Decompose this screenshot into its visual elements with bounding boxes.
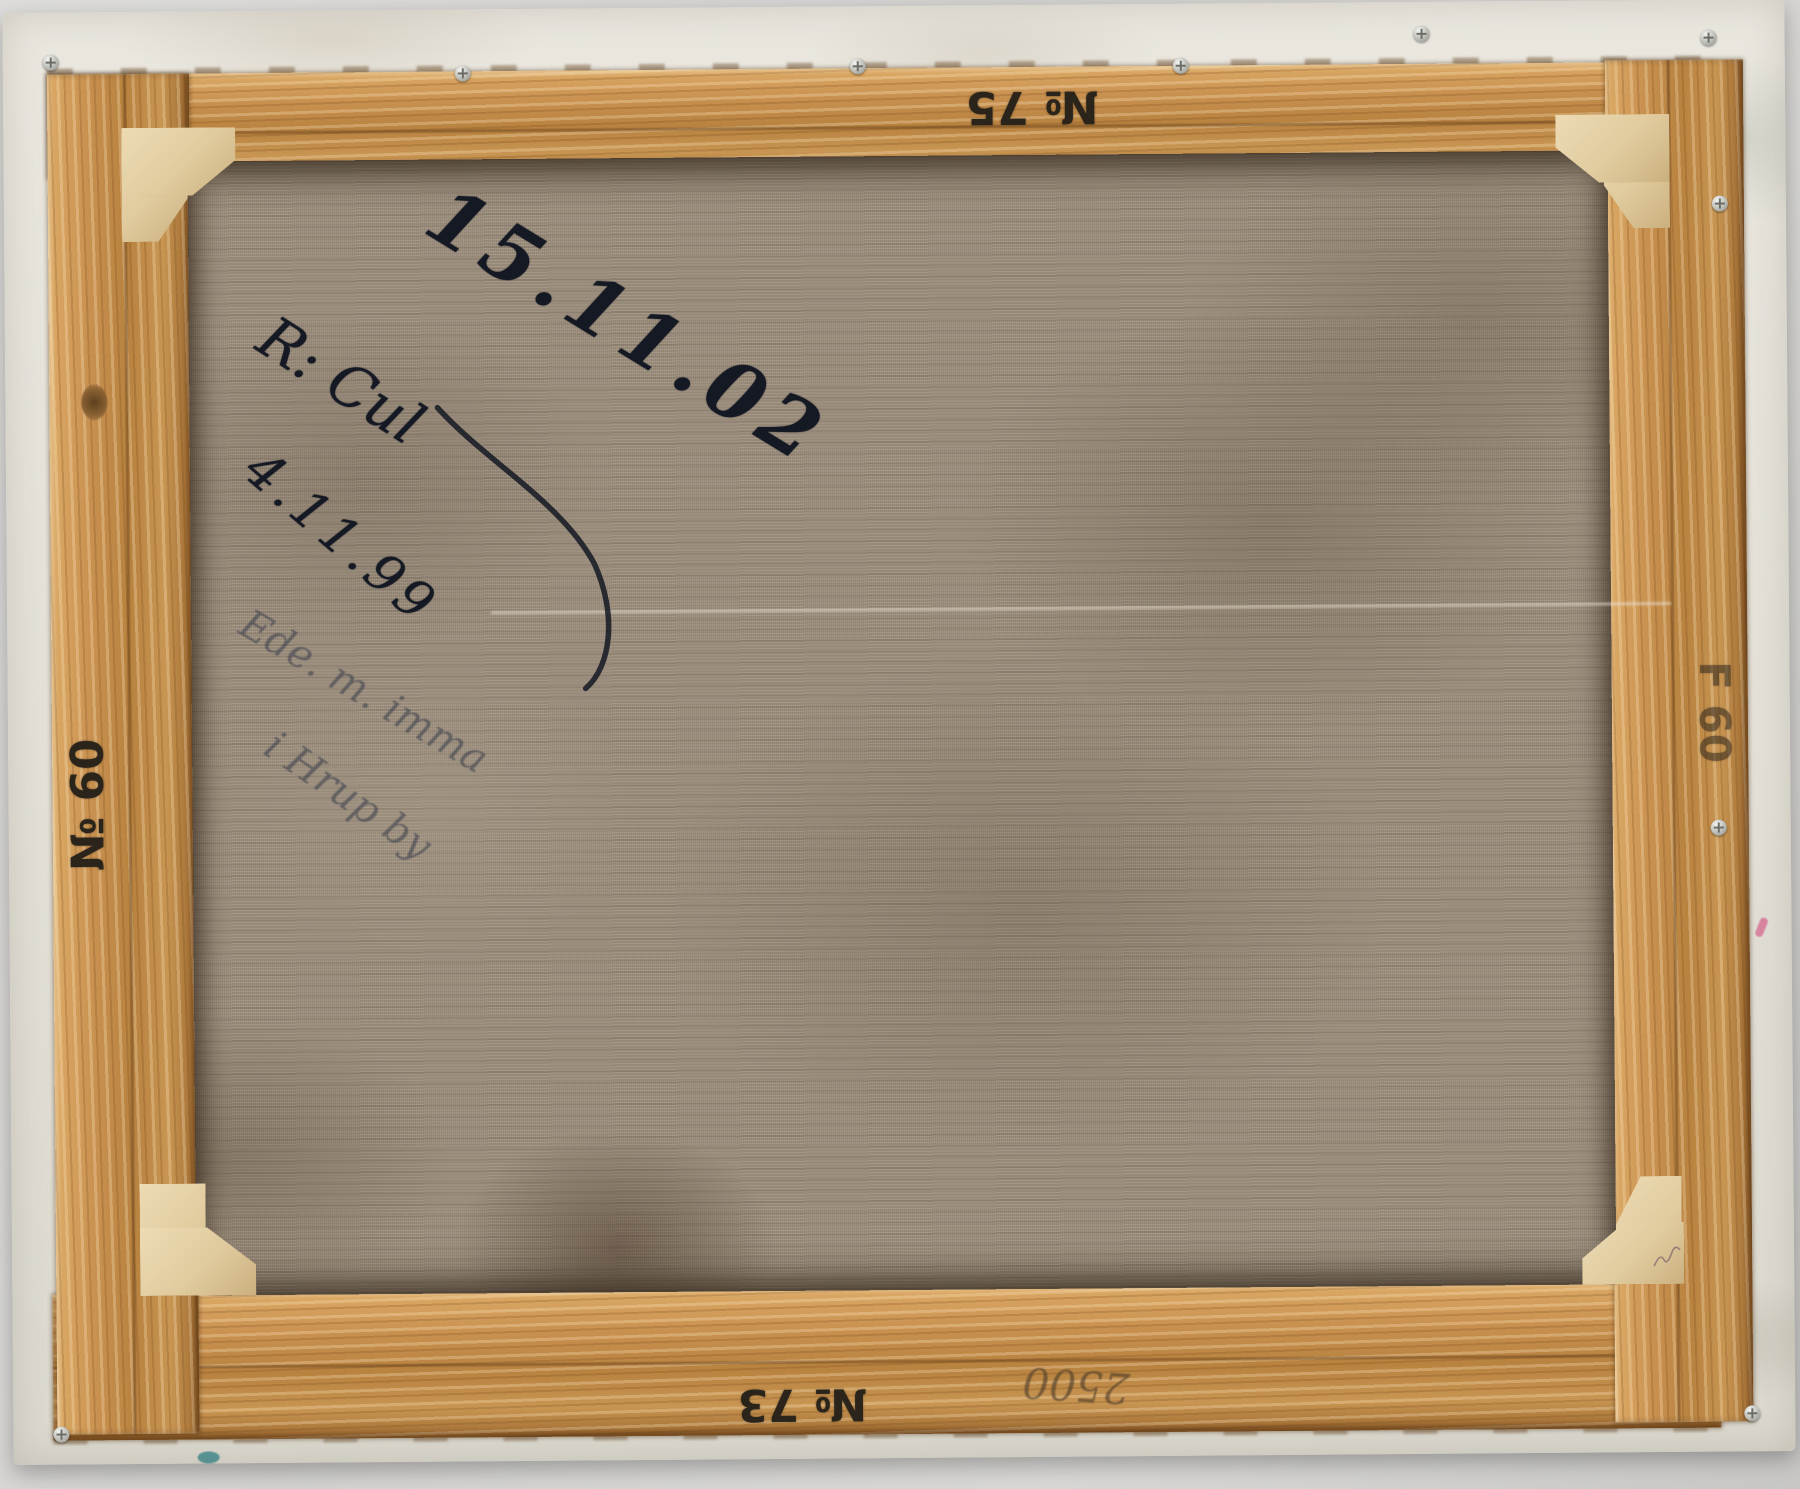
wood-knot [81, 384, 107, 420]
pink-mark [1754, 916, 1769, 938]
key-scribble-mark [1648, 1236, 1688, 1276]
stamp-left-bar: № 60 [60, 720, 114, 890]
screw [455, 65, 471, 81]
screw [43, 55, 59, 71]
wood-groove [47, 120, 1715, 136]
screw [1701, 30, 1717, 46]
screw [1711, 820, 1727, 836]
wood-groove [53, 1354, 1721, 1370]
light-streak [491, 602, 1671, 614]
wood-groove [123, 74, 137, 1434]
screw [850, 58, 866, 74]
stamp-right-bar: F 60 [1690, 627, 1740, 797]
screw [1413, 26, 1429, 42]
screw [1744, 1405, 1760, 1421]
screw [1712, 195, 1728, 211]
screw-layer [2, 0, 1784, 13]
screw [53, 1427, 69, 1443]
stamp-top-bar: № 75 [947, 80, 1117, 134]
wall-background: 15.11.02 R: Cul 4.11.99 Ede. m. imma i H… [0, 0, 1800, 1489]
screw [1173, 58, 1189, 74]
teal-paint-spot [198, 1451, 220, 1463]
stamp-bottom-bar: № 73 [717, 1378, 887, 1430]
canvas-back: 15.11.02 R: Cul 4.11.99 Ede. m. imma i H… [2, 0, 1795, 1465]
